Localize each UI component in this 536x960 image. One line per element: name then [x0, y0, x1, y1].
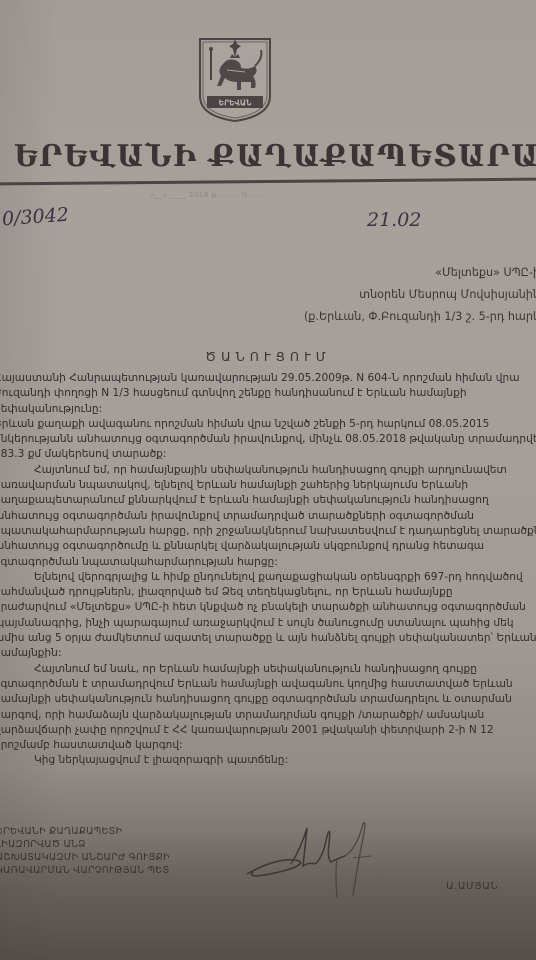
- body-line: անհատույց օգտագործումը և քննարկել վարձակ…: [0, 539, 536, 554]
- body-line: վարձավճարի չափը որոշվում է ՀՀ կառավարութ…: [0, 723, 536, 738]
- body-line: Հայտնում եմ նաև, որ Երևան համայնքի սեփակ…: [0, 662, 536, 677]
- body-line: օգտագործման է տրամադրվում Երևան համայնքի…: [0, 677, 536, 692]
- body-line: նպատակահարմարության հարցը, որի շրջանակնե…: [0, 524, 536, 539]
- body-line: քաղաքապետարանում քննարկվում է Երևան համա…: [0, 493, 536, 508]
- body-line: կարգով, որի համաձայն վարձակալության տրամ…: [0, 708, 536, 723]
- svg-text:ԵՐԵՎԱՆ: ԵՐԵՎԱՆ: [219, 99, 252, 108]
- outgoing-reference-number: 0/3042: [1, 204, 69, 231]
- signatory-title-line: ԿԱՌԱՎԱՐՄԱՆ ՎԱՐՉՈՒԹՅԱՆ ՊԵՏ: [0, 864, 170, 877]
- signatory-title-line: ԱՇԽԱՏԱԿԱԶՄԻ ԱՆՇԱՐԺ ԳՈՒՅՔԻ: [0, 851, 170, 864]
- addressee-director: տնօրեն Մեսրոպ Մովսիսյանին: [304, 284, 536, 306]
- body-line: Կից ներկայացվում է լիազորագրի պատճենը:: [0, 753, 536, 768]
- body-line: հրաժարվում «Մելտեքս» ՍՊԸ-ի հետ կնքված ոչ…: [0, 600, 536, 615]
- body-line: ամիս անց 5 օրյա ժամկետում ազատել տարածքը…: [0, 631, 536, 646]
- body-line: որոշմամբ հաստատված կարգով:: [0, 738, 536, 753]
- body-line: Բուզանդի փողոցի N 1/3 հասցեում գտնվող շե…: [0, 386, 536, 401]
- body-line: Ելնելով վերոգրյալից և հիմք ընդունելով քա…: [0, 570, 536, 585]
- body-line: համայնքին:: [0, 646, 536, 661]
- body-line: պայմանագրից, ինչի պարագայում առաջարկվում…: [0, 616, 536, 631]
- body-line: ընկերությանն անհատույց օգտագործման իրավո…: [0, 432, 536, 447]
- signer-name: Ա.ԱՄՅԱՆ: [446, 881, 498, 892]
- body-line: սեփականությունը:: [0, 402, 536, 417]
- letterhead-divider: [0, 178, 536, 186]
- signatory-title-line: ԵՐԵՎԱՆԻ ՔԱՂԱՔԱՊԵՏԻ: [0, 825, 170, 838]
- body-line: անհատույց օգտագործման իրավունքով տրամադր…: [0, 509, 536, 524]
- registration-stamp-line: «__» ____ 2018 թ. ...... N ......: [150, 191, 267, 199]
- document-body: Հայաստանի Հանրապետության կառավարության 2…: [0, 371, 536, 769]
- body-line: 283.3 քմ մակերեսով տարածք:: [0, 447, 536, 462]
- addressee-address: (ք.Երևան, Փ.Բուզանդի 1/3 շ. 5-րդ հարկ: [304, 306, 536, 328]
- signatory-title-block: ԵՐԵՎԱՆԻ ՔԱՂԱՔԱՊԵՏԻ ԼԻԱԶՈՐՎԱԾ ԱՆՁ ԱՇԽԱՏԱԿ…: [0, 825, 170, 877]
- body-line: կառավարման նպատակով, ելնելով Երևան համայ…: [0, 478, 536, 493]
- signatory-title-line: ԼԻԱԶՈՐՎԱԾ ԱՆՁ: [0, 838, 170, 851]
- body-line: Հայաստանի Հանրապետության կառավարության 2…: [0, 371, 536, 386]
- body-line: օգտագործման նպատակահարմարության հարցը:: [0, 555, 536, 570]
- yerevan-coat-of-arms-icon: ԵՐԵՎԱՆ: [197, 36, 273, 122]
- addressee-company: «Մելտեքս» ՍՊԸ-ի: [304, 262, 536, 284]
- body-line: Երևան քաղաքի ավագանու որոշման հիման վրա …: [0, 417, 536, 432]
- handwritten-signature-icon: [245, 818, 395, 908]
- body-line: սահմանված դրույթներն, լիազորված եմ Ձեզ տ…: [0, 585, 536, 600]
- letterhead-title: ԵՐԵՎԱՆԻ ՔԱՂԱՔԱՊԵՏԱՐԱՆ: [14, 139, 513, 174]
- handwritten-date: 21.02: [367, 209, 421, 231]
- addressee-block: «Մելտեքս» ՍՊԸ-ի տնօրեն Մեսրոպ Մովսիսյանի…: [304, 262, 536, 328]
- body-line: Հայտնում եմ, որ համայնքային սեփականությո…: [0, 463, 536, 478]
- document-heading: ԾԱՆՈՒՑՈՒՄ: [0, 349, 536, 364]
- body-line: համայնքի սեփականություն հանդիսացող գույք…: [0, 692, 536, 707]
